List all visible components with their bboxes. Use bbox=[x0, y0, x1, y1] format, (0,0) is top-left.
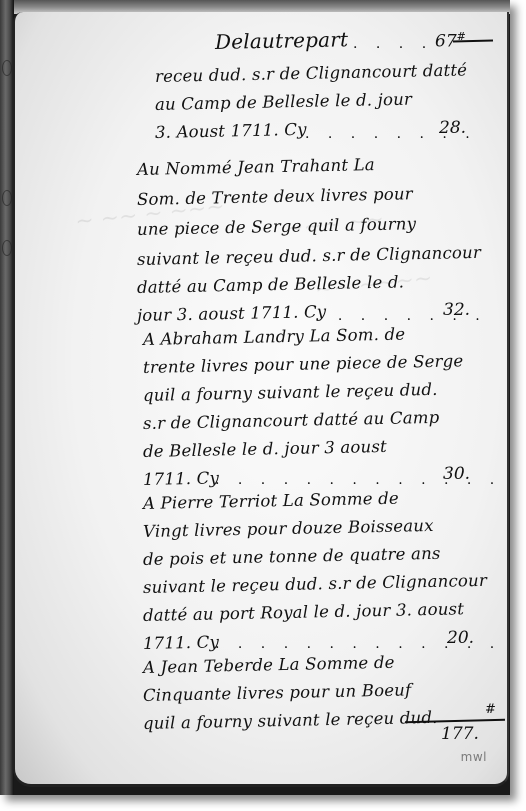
entry-line: trente livres pour une piece de Serge bbox=[143, 351, 464, 377]
entry-amount: 30. bbox=[443, 464, 470, 484]
entry-line: A Abraham Landry La Som. de bbox=[143, 325, 406, 349]
entry-line: au Camp de Bellesle le d. jour bbox=[155, 90, 412, 114]
entry-amount: 20. bbox=[447, 628, 474, 648]
entry-line: quil a fourny suivant le reçeu dud. bbox=[143, 380, 438, 405]
entry-line: A Jean Teberde La Somme de bbox=[143, 653, 395, 677]
entry-line: de Bellesle le d. jour 3 aoust bbox=[143, 437, 387, 461]
entry-line: Som. de Trente deux livres pour bbox=[137, 184, 413, 209]
header-leader: . . . . bbox=[353, 36, 433, 52]
entry-amount: 32. bbox=[443, 300, 470, 320]
entry-line: Cinquante livres pour un Boeuf bbox=[143, 680, 412, 705]
page-total: 177. bbox=[441, 724, 479, 744]
manuscript-page: ~ ~~ ~ ~~~ ~~~ ~~ ~~ ~~~~ Delautrepart .… bbox=[13, 12, 509, 787]
entry-line: suivant le reçeu dud. s.r de Clignancour bbox=[143, 571, 487, 597]
entry-line: A Pierre Terriot La Somme de bbox=[143, 489, 399, 513]
entry-line: Vingt livres pour douze Boisseaux bbox=[143, 516, 434, 541]
binding-stitch bbox=[2, 60, 12, 76]
entry-line: Au Nommé Jean Trahant La bbox=[137, 155, 375, 179]
entry-line: receu dud. s.r de Clignancourt datté bbox=[155, 60, 468, 86]
entry-line: s.r de Clignancourt datté au Camp bbox=[143, 408, 440, 433]
binding-stitch bbox=[2, 240, 12, 256]
entry-line: de pois et une tonne de quatre ans bbox=[143, 544, 441, 569]
header-rule bbox=[453, 39, 493, 42]
watermark: mwl bbox=[461, 750, 487, 764]
entry-line: 1711. Cy bbox=[143, 632, 219, 653]
entry-line: datté au port Royal le d. jour 3. aoust bbox=[143, 599, 464, 625]
binding-stitch bbox=[2, 190, 12, 206]
entry-line: quil a fourny suivant le reçeu dud. bbox=[143, 708, 438, 733]
entry-line: 3. Aoust 1711. Cy bbox=[155, 120, 307, 142]
entry-amount: 28. bbox=[439, 118, 466, 138]
livres-mark: # bbox=[485, 702, 496, 717]
book-binding bbox=[0, 0, 14, 795]
entry-line: 1711. Cy bbox=[143, 468, 219, 489]
header-title: Delautrepart bbox=[215, 27, 349, 54]
entry-line: jour 3. aoust 1711. Cy bbox=[137, 302, 327, 325]
scan-frame: ~ ~~ ~ ~~~ ~~~ ~~ ~~ ~~~~ Delautrepart .… bbox=[0, 0, 510, 795]
page-total-value: 177. bbox=[441, 724, 479, 744]
